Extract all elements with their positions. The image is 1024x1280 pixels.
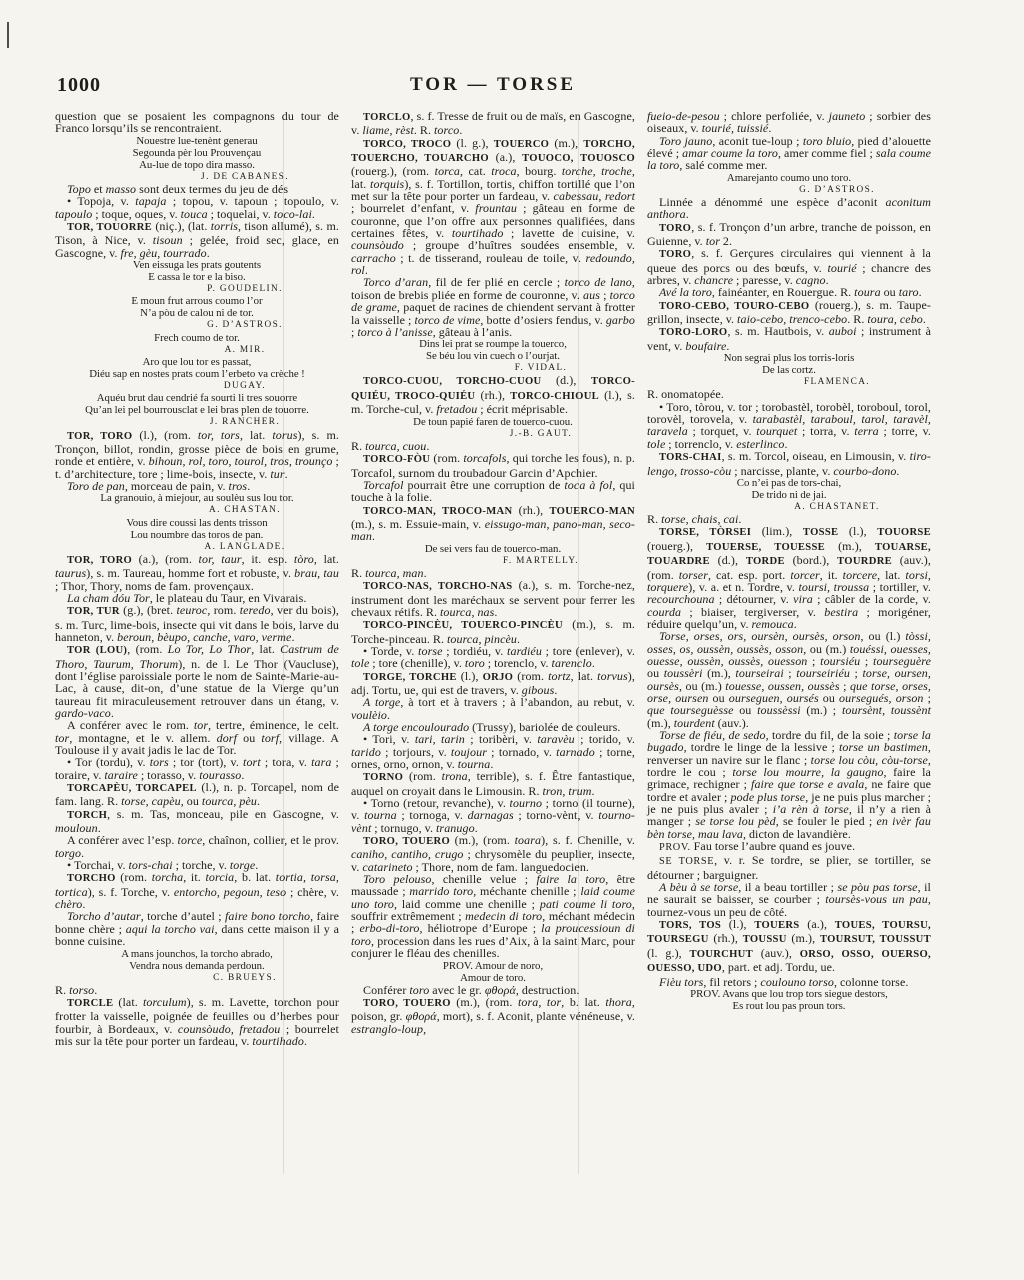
- text-run: ; écrit méprisable.: [477, 402, 568, 416]
- text-run: .: [424, 566, 427, 580]
- headword: TOUERCO: [494, 139, 549, 150]
- text-run: trona: [442, 769, 468, 783]
- text-run: brau, tau: [294, 566, 339, 580]
- text-run: tortz: [548, 669, 571, 683]
- dictionary-paragraph: SE TORSE, v. r. Se tordre, se plier, se …: [647, 854, 931, 881]
- text-run: , lat.: [571, 669, 598, 683]
- text-run: (niç.), (lat.: [152, 219, 211, 233]
- text-run: (l.),: [721, 917, 754, 931]
- verse-line: De toun papié faren de touerco-cuou.: [351, 416, 635, 428]
- text-run: ), s. f. Chenille, v.: [541, 833, 635, 847]
- text-run: tort: [243, 755, 261, 769]
- text-run: , b. lat.: [561, 995, 605, 1009]
- text-run: torf: [261, 731, 279, 745]
- text-run: ; torasso, v.: [138, 768, 199, 782]
- text-run: Avé la toro: [659, 285, 712, 299]
- text-run: ; tore (chenille), v.: [369, 656, 464, 670]
- headword: TOURDRE: [837, 556, 892, 567]
- dictionary-paragraph: Torco d’aran, fil de fer plié en cercle …: [351, 276, 635, 338]
- scan-artifact: [7, 22, 9, 48]
- text-run: ; torre, v.: [879, 424, 931, 438]
- headword: TORCO-CHIOUL: [510, 391, 599, 402]
- headword: TORCO-CUOU, TORCHO-CUOU: [363, 376, 541, 387]
- text-run: (rom.: [116, 870, 152, 884]
- text-run: tourca, man: [365, 566, 423, 580]
- verse-line: Non segrai plus los torris-loris: [647, 352, 931, 364]
- headword: TORSE, TÒRSEI: [659, 527, 751, 538]
- text-run: (m.), (rom.: [450, 833, 515, 847]
- text-run: teredo: [240, 603, 271, 617]
- verse-line: Es rout lou pas proun tors.: [647, 1000, 931, 1012]
- dictionary-paragraph: TORSE, TÒRSEI (lim.), TOSSE (l.), TOUORS…: [647, 525, 931, 630]
- text-run: (a.),: [800, 917, 835, 931]
- text-run: PROV.: [659, 842, 691, 853]
- verse-line: Amarejanto coumo uno toro.: [647, 172, 931, 184]
- text-run: torvus: [597, 669, 628, 683]
- headword: TORCH: [67, 810, 107, 821]
- headword: TORO, TOUERO: [363, 998, 451, 1009]
- text-run: (d.),: [710, 553, 746, 567]
- text-run: toro: [409, 983, 429, 997]
- headword: TORO: [659, 249, 691, 260]
- dictionary-paragraph: • Topoja, v. tapaja ; topou, v. tapoun ;…: [55, 195, 339, 220]
- text-run: , amer comme fiel ;: [778, 146, 876, 160]
- text-run: tourca, nas: [440, 605, 494, 619]
- text-run: , b. lat.: [234, 870, 275, 884]
- text-run: (m.),: [549, 136, 583, 150]
- text-run: , chaînon, collier, et le prov.: [202, 833, 339, 847]
- text-run: teuroc: [177, 603, 208, 617]
- verse-line: De trido ni de jai.: [647, 489, 931, 501]
- text-run: tourca, cuou: [365, 439, 426, 453]
- column-middle: TORCLO, s. f. Tresse de fruit ou de maïs…: [351, 110, 635, 1048]
- text-run: (l.), (rom.: [132, 428, 197, 442]
- dictionary-paragraph: TORCO-PINCÈU, TOUERCO-PINCÈU (m.), s. m.…: [351, 618, 635, 645]
- text-run: R.: [351, 439, 365, 453]
- text-run: .: [686, 207, 689, 221]
- headword: TORDE: [746, 556, 785, 567]
- verse-quote: PROV. Avans que lou trop tors siegue des…: [647, 988, 931, 1012]
- author-attribution: G. D’ASTROS.: [55, 319, 339, 331]
- text-run: .: [247, 479, 250, 493]
- dictionary-paragraph: TORS-CHAI, s. m. Torcol, oiseau, en Limo…: [647, 450, 931, 477]
- headword: TOR, TORO: [67, 555, 132, 566]
- dictionary-paragraph: • Tor (tordu), v. tors ; tor (tort), v. …: [55, 756, 339, 781]
- headword: TOUORSE: [877, 527, 931, 538]
- dictionary-paragraph: TORCO-MAN, TROCO-MAN (rh.), TOUERCO-MAN …: [351, 504, 635, 543]
- verse-quote: Nouestre lue-tenènt generauSegounda pèr …: [55, 135, 339, 171]
- author-attribution: A. MIR.: [55, 344, 339, 356]
- text-run: (bord.),: [785, 553, 837, 567]
- text-run: .: [285, 467, 288, 481]
- verse-line: Qu’an lei pel bourrousclat e lei bras pl…: [55, 404, 339, 416]
- text-run: tole: [647, 437, 665, 451]
- text-run: .: [738, 512, 741, 526]
- verse-line: Aro que lou tor es passat,: [55, 356, 339, 368]
- text-run: Fièu tors: [659, 975, 703, 989]
- dictionary-paragraph: fueio-de-pesou ; chlore perfoliée, v. ja…: [647, 110, 931, 135]
- dictionary-paragraph: TOR, TOUORRE (niç.), (lat. torris, tison…: [55, 220, 339, 259]
- text-run: , colonne torse.: [834, 975, 909, 989]
- text-run: toursès-vous un pau: [825, 892, 928, 906]
- verse-line: Ven eissuga les prats goutents: [55, 259, 339, 271]
- text-columns: question que se posaient les compagnons …: [55, 110, 931, 1048]
- verse-line: Diéu sap en nostes prats coum l’erbeto v…: [55, 368, 339, 380]
- text-run: .: [94, 983, 97, 997]
- author-attribution: A. CHASTAN.: [55, 504, 339, 516]
- text-run: aqui la torcho vai: [126, 922, 215, 936]
- text-run: (l.),: [838, 524, 877, 538]
- author-attribution: C. BRUEYS.: [55, 972, 339, 984]
- text-run: , gâteau à l’anis.: [433, 325, 513, 339]
- headword: TOR, TUR: [67, 606, 120, 617]
- text-run: , lat.: [314, 552, 339, 566]
- dictionary-paragraph: TOR, TUR (g.), (bret. teuroc, rom. tered…: [55, 604, 339, 643]
- dictionary-paragraph: A conférer avec le rom. tor, tertre, émi…: [55, 719, 339, 756]
- text-run: torculum: [143, 995, 187, 1009]
- text-run: courbo-dono: [833, 464, 896, 478]
- text-run: torce: [178, 833, 203, 847]
- verse-line: E cassa le tor e la biso.: [55, 271, 339, 283]
- text-run: .: [726, 339, 729, 353]
- dictionary-paragraph: TORO-CEBO, TOURO-CEBO (rouerg.), s. m. T…: [647, 299, 931, 326]
- text-run: toussèssi: [757, 703, 801, 717]
- text-run: torris: [211, 219, 238, 233]
- dictionary-paragraph: Toro pelouso, chenille velue ; faire la …: [351, 873, 635, 959]
- text-run: .: [494, 605, 497, 619]
- text-run: (l. g.),: [451, 136, 493, 150]
- headword: TOUERS: [754, 920, 799, 931]
- text-run: tapoulo: [55, 207, 92, 221]
- verse-line: La granouio, à miejour, au soulèu sus lo…: [55, 492, 339, 504]
- text-run: , s. m. Tas, monceau, pile en Gascogne, …: [107, 807, 339, 821]
- dictionary-paragraph: • Torde, v. torse ; tordiéu, v. tardiéu …: [351, 645, 635, 670]
- text-run: .: [896, 464, 899, 478]
- text-run: ; chère, v.: [286, 885, 339, 899]
- dictionary-paragraph: TORO, s. f. Gerçures circulaires qui vie…: [647, 247, 931, 286]
- text-run: bestira: [824, 605, 858, 619]
- headword: TOUOCO, TOUOSCO: [522, 153, 635, 164]
- dictionary-paragraph: Toro jauno, aconit tue-loup ; toro bluio…: [647, 135, 931, 172]
- text-run: toara: [515, 833, 542, 847]
- author-attribution: P. GOUDELIN.: [55, 283, 339, 295]
- text-run: (lim.),: [751, 524, 803, 538]
- text-run: (l. g.),: [647, 946, 690, 960]
- text-run: garbo: [606, 313, 635, 327]
- text-run: tara: [311, 755, 331, 769]
- dictionary-paragraph: A bèu à se torse, il a beau tortiller ; …: [647, 881, 931, 918]
- text-run: (a.),: [489, 150, 522, 164]
- text-run: (m.),: [787, 931, 820, 945]
- headword: TORS, TOS: [659, 920, 721, 931]
- headword: TOR, TOUORRE: [67, 222, 152, 233]
- headword: TORO: [659, 223, 691, 234]
- column-right: fueio-de-pesou ; chlore perfoliée, v. ja…: [647, 110, 931, 1048]
- text-run: , mort), s. f. Aconit, plante vénéneuse,…: [437, 1009, 635, 1023]
- verse-quote: De toun papié faren de touerco-cuou.: [351, 416, 635, 428]
- text-run: . R.: [414, 123, 434, 137]
- text-run: tur: [270, 467, 284, 481]
- headword: TOURSUT, TOUSSUT: [820, 934, 931, 945]
- text-run: (a.), (rom.: [132, 552, 198, 566]
- headword: ORJO: [483, 672, 514, 683]
- text-run: jauneto: [829, 109, 866, 123]
- dictionary-paragraph: TORGE, TORCHE (l.), ORJO (rom. tortz, la…: [351, 670, 635, 697]
- verse-quote: E moun frut arrous coumo l’orN’a pòu de …: [55, 295, 339, 319]
- headword: TORO-LORO: [659, 327, 727, 338]
- text-run: torco à l’anisse: [357, 325, 432, 339]
- text-run: Fau torse l’aubre quand es jouve.: [691, 839, 856, 853]
- verse-quote: Co n’ei pas de tors-chai,De trido ni de …: [647, 477, 931, 501]
- text-run: R.: [55, 983, 69, 997]
- dictionary-paragraph: TOR, TORO (l.), (rom. tor, tors, lat. to…: [55, 429, 339, 480]
- headword: TORGE, TORCHE: [363, 672, 457, 683]
- verse-quote: La granouio, à miejour, au soulèu sus lo…: [55, 492, 339, 504]
- dictionary-page-scan: 1000 TOR — TORSE question que se posaien…: [0, 0, 1024, 1280]
- verse-quote: Vous dire coussi las dents trissonLou no…: [55, 517, 339, 541]
- headword: TOUSSU: [743, 934, 787, 945]
- headword: TOSSE: [803, 527, 838, 538]
- text-run: , lat.: [240, 428, 272, 442]
- verse-quote: Frech coumo de tor.: [55, 332, 339, 344]
- verse-quote: PROV. Amour de noro,Amour de toro.: [351, 960, 635, 984]
- text-run: toursènt, toussènt: [842, 703, 931, 717]
- verse-line: Dins lei prat se roumpe la touerco,: [351, 338, 635, 350]
- text-run: taraire: [104, 768, 138, 782]
- verse-quote: Aro que lou tor es passat,Diéu sap en no…: [55, 356, 339, 380]
- dictionary-paragraph: Torcho d’autar, torche d’autel ; faire b…: [55, 910, 339, 947]
- dictionary-paragraph: • Toro, tòrou, v. tor ; torobastèl, toro…: [647, 401, 931, 450]
- text-run: SE TORSE: [659, 856, 714, 867]
- verse-line: Se béu lou vin cuech o l’ourjat.: [351, 350, 635, 362]
- text-run: entorcho, pegoun, teso: [174, 885, 286, 899]
- text-run: ; torra, v.: [797, 424, 854, 438]
- text-run: tor, tors: [198, 428, 240, 442]
- verse-line: Co n’ei pas de tors-chai,: [647, 477, 931, 489]
- running-title: TOR — TORSE: [55, 74, 931, 96]
- text-run: , part. et adj. Tordu, ue.: [722, 960, 835, 974]
- text-run: torcia: [205, 870, 234, 884]
- headword: TORCHO: [67, 873, 116, 884]
- text-run: , (rom.: [127, 642, 167, 656]
- dictionary-paragraph: TORCLE (lat. torculum), s. m. Lavette, t…: [55, 996, 339, 1047]
- text-run: (m.), (rom.: [451, 995, 518, 1009]
- text-run: fretadou: [436, 402, 477, 416]
- headword: TORCO-NAS, TORCHO-NAS: [363, 581, 512, 592]
- text-run: (rouerg.),: [647, 539, 706, 553]
- dictionary-paragraph: TORCLO, s. f. Tresse de fruit ou de maïs…: [351, 110, 635, 137]
- verse-line: Frech coumo de tor.: [55, 332, 339, 344]
- dictionary-paragraph: TORCAPÈU, TORCAPEL (l.), n. p. Torcapel,…: [55, 781, 339, 808]
- text-run: (l.),: [457, 669, 483, 683]
- headword: TORCO-PINCÈU, TOUERCO-PINCÈU: [363, 620, 563, 631]
- verse-line: Nouestre lue-tenènt generau: [55, 135, 339, 147]
- headword: TORCLO: [363, 112, 411, 123]
- headword: TORO-CEBO, TOURO-CEBO: [659, 301, 809, 312]
- verse-line: Vendra nous demanda perdoun.: [55, 960, 339, 972]
- verse-line: Vous dire coussi las dents trisson: [55, 517, 339, 529]
- column-left: question que se posaient les compagnons …: [55, 110, 339, 1048]
- dictionary-paragraph: • Torno (retour, revanche), v. tourno ; …: [351, 797, 635, 834]
- dictionary-paragraph: TORCHO (rom. torcha, it. torcia, b. lat.…: [55, 871, 339, 910]
- text-run: thora: [605, 995, 632, 1009]
- dictionary-paragraph: TORCO-NAS, TORCHO-NAS (a.), s. m. Torche…: [351, 579, 635, 618]
- dictionary-paragraph: Linnée a dénommé une espèce d’aconit aco…: [647, 196, 931, 221]
- text-run: R.: [351, 566, 365, 580]
- text-run: ; torno-vènt, v.: [514, 808, 599, 822]
- dictionary-paragraph: Torcafol pourrait être une corruption de…: [351, 479, 635, 504]
- text-run: ; t. de tisserand, rouleau de toile, v.: [396, 251, 586, 265]
- headword: TORS-CHAI: [659, 452, 722, 463]
- dictionary-paragraph: • Tori, v. tari, tarin ; toribèri, v. ta…: [351, 733, 635, 770]
- text-run: tourtihado: [252, 1034, 304, 1048]
- text-run: , morceau de pain, v.: [125, 479, 229, 493]
- text-run: (rh.),: [709, 931, 743, 945]
- author-attribution: DUGAY.: [55, 380, 339, 392]
- text-run: .: [304, 1034, 307, 1048]
- verse-line: A mans jounchos, la torcho abrado,: [55, 948, 339, 960]
- text-run: ; narcisse, plante, v.: [731, 464, 833, 478]
- verse-line: De las cortz.: [647, 364, 931, 376]
- verse-quote: Dins lei prat se roumpe la touerco,Se bé…: [351, 338, 635, 362]
- headword: TOUERSE, TOUESSE: [706, 542, 825, 553]
- text-run: , procession dans les rues d’Aix, à la s…: [351, 934, 635, 960]
- dictionary-paragraph: TORO-LORO, s. m. Hautbois, v. auboi ; in…: [647, 325, 931, 352]
- dictionary-paragraph: PROV. Fau torse l’aubre quand es jouve.: [647, 840, 931, 854]
- text-run: torso: [69, 983, 94, 997]
- text-run: toca à fol: [564, 478, 612, 492]
- verse-line: Segounda pèr lou Prouvençau: [55, 147, 339, 159]
- verse-line: Aquéu brut dau cendrié fa sourti li tres…: [55, 392, 339, 404]
- verse-line: Lou noumbre das toros de pan.: [55, 529, 339, 541]
- text-run: (rh.),: [475, 388, 510, 402]
- headword: TORO, TOUERO: [363, 836, 450, 847]
- text-run: Lo Tor, Lo Thor: [168, 642, 252, 656]
- text-run: , lat.: [251, 642, 280, 656]
- text-run: tòro: [294, 552, 314, 566]
- dictionary-paragraph: TORO, TOUERO (m.), (rom. tora, tor, b. l…: [351, 996, 635, 1035]
- headword: TORNO: [363, 772, 403, 783]
- text-run: (rom.: [403, 769, 442, 783]
- dictionary-paragraph: Fièu tors, fil retors ; coulouno torso, …: [647, 976, 931, 988]
- text-run: , it.: [183, 870, 205, 884]
- headword: TORCO-MAN, TROCO-MAN: [363, 506, 512, 517]
- dictionary-paragraph: Torse, orses, ors, oursèn, oursès, orson…: [647, 630, 931, 729]
- headword: TOR, TORO: [67, 431, 132, 442]
- text-run: (g.), (bret.: [120, 603, 177, 617]
- text-run: , à tort et à travers ; à l’abandon, au …: [400, 695, 635, 709]
- text-run: .: [207, 246, 210, 260]
- verse-quote: Aquéu brut dau cendrié fa sourti li tres…: [55, 392, 339, 416]
- text-run: (m.),: [825, 539, 875, 553]
- verse-line: E moun frut arrous coumo l’or: [55, 295, 339, 307]
- text-run: ; tornugo, v.: [371, 821, 436, 835]
- text-run: torse, chais, cai: [661, 512, 738, 526]
- text-run: terra: [854, 424, 879, 438]
- text-run: Linnée a dénommé une espèce d’aconit: [659, 195, 886, 209]
- text-run: (rom.: [430, 451, 463, 465]
- dictionary-paragraph: TORCH, s. m. Tas, monceau, pile en Gasco…: [55, 808, 339, 835]
- text-run: tor, taur: [199, 552, 242, 566]
- text-run: , s. m. Torcol, oiseau, en Limousin, v.: [722, 449, 910, 463]
- text-run: tole: [351, 656, 369, 670]
- dictionary-paragraph: TORCO, TROCO (l. g.), TOUERCO (m.), TORC…: [351, 137, 635, 277]
- text-run: (m.) ;: [801, 703, 842, 717]
- text-run: , s. m. Hautbois, v.: [727, 324, 828, 338]
- headword: TORCAPÈU, TORCAPEL: [67, 783, 197, 794]
- text-run: liame, rèst: [362, 123, 414, 137]
- text-run: Toro de pan: [67, 479, 125, 493]
- text-run: tourié: [827, 261, 856, 275]
- verse-quote: A mans jounchos, la torcho abrado,Vendra…: [55, 948, 339, 972]
- verse-quote: Ven eissuga les prats goutentsE cassa le…: [55, 259, 339, 283]
- dictionary-paragraph: TORCO-CUOU, TORCHO-CUOU (d.), TORCO-QUIÉ…: [351, 374, 635, 415]
- text-run: boufaire: [685, 339, 726, 353]
- text-run: .: [426, 439, 429, 453]
- headword: TOR (LOU): [67, 645, 127, 656]
- text-run: torcafols: [463, 451, 506, 465]
- text-run: tarnado: [556, 745, 595, 759]
- text-run: estranglo-loup,: [351, 1022, 426, 1036]
- dictionary-paragraph: A conférer avec l’esp. torce, chaînon, c…: [55, 834, 339, 859]
- text-run: , it. esp.: [242, 552, 294, 566]
- verse-line: De sei vers fau de touerco-man.: [351, 543, 635, 555]
- dictionary-paragraph: TORS, TOS (l.), TOUERS (a.), TOUES, TOUR…: [647, 918, 931, 975]
- dictionary-paragraph: TOR, TORO (a.), (rom. tor, taur, it. esp…: [55, 553, 339, 592]
- dictionary-paragraph: A torge, à tort et à travers ; à l’aband…: [351, 696, 635, 721]
- dictionary-paragraph: Toro de pan, morceau de pain, v. tros.: [55, 480, 339, 492]
- dictionary-paragraph: question que se posaient les compagnons …: [55, 110, 339, 135]
- verse-line: Au-lue de topo dira masso.: [55, 159, 339, 171]
- text-run: ; tora, v.: [261, 755, 311, 769]
- verse-line: N’a pòu de calou ni de tor.: [55, 307, 339, 319]
- verse-quote: Non segrai plus los torris-lorisDe las c…: [647, 352, 931, 376]
- headword: TORCO, TROCO: [363, 139, 451, 150]
- headword: TORCO-FÒU: [363, 454, 430, 465]
- text-run: , rom.: [207, 603, 239, 617]
- text-run: question que se posaient les compagnons …: [55, 109, 339, 135]
- text-run: auboi: [829, 324, 857, 338]
- text-run: (d.),: [541, 373, 591, 387]
- text-run: Conférer: [363, 983, 409, 997]
- text-run: coulouno torso: [760, 975, 834, 989]
- verse-line: PROV. Avans que lou trop tors siegue des…: [647, 988, 931, 1000]
- dictionary-paragraph: TORO, TOUERO (m.), (rom. toara), s. f. C…: [351, 834, 635, 873]
- verse-line: PROV. Amour de noro,: [351, 960, 635, 972]
- dictionary-paragraph: Torse de fiéu, de sedo, tordre du fil, d…: [647, 729, 931, 840]
- dictionary-paragraph: TOR (LOU), (rom. Lo Tor, Lo Thor, lat. C…: [55, 643, 339, 719]
- verse-quote: De sei vers fau de touerco-man.: [351, 543, 635, 555]
- headword: TOURCHUT: [690, 949, 753, 960]
- text-run: (lat.: [113, 995, 143, 1009]
- text-run: (rh.),: [512, 503, 549, 517]
- text-run: R.: [647, 512, 661, 526]
- text-run: .: [372, 529, 375, 543]
- text-run: ou: [237, 731, 261, 745]
- text-run: fre, gèu, tourrado: [120, 246, 206, 260]
- verse-quote: Amarejanto coumo uno toro.: [647, 172, 931, 184]
- text-run: ), s. f. Torche, v.: [88, 885, 174, 899]
- dictionary-paragraph: TORO, s. f. Tronçon d’un arbre, tranche …: [647, 221, 931, 248]
- headword: TORCLE: [67, 998, 113, 1009]
- text-run: , fil retors ;: [703, 975, 760, 989]
- text-run: (auv.),: [753, 946, 800, 960]
- author-attribution: F. VIDAL.: [351, 362, 635, 374]
- text-run: tros: [229, 479, 248, 493]
- text-run: torus: [272, 428, 297, 442]
- text-run: (rom.: [513, 669, 548, 683]
- text-run: ; tornado, v.: [487, 745, 556, 759]
